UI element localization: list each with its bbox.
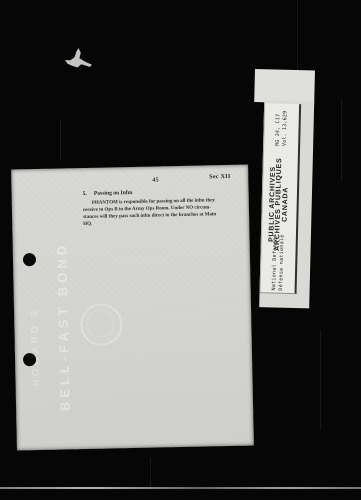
film-dust-speck (64, 48, 92, 75)
reference-number-block: RG 24, C17 Vol. 13,629 (275, 110, 289, 146)
label-holder-tab (254, 69, 315, 103)
film-scratch (297, 0, 298, 70)
paper-watermark-emblem-inner (86, 309, 115, 338)
archive-label-content: National Defence/ Défense nationale PUBL… (260, 103, 301, 294)
section-label: Sec XII (209, 174, 230, 180)
archives-title-block: PUBLIC ARCHIVES ARCHIVES PUBLIQUES CANAD… (269, 157, 290, 251)
page-number: 45 (152, 177, 159, 183)
film-scratch (341, 100, 342, 180)
document-page: BELL-FAST BOND HOWARD S 45 Sec XII 5.Pas… (11, 165, 254, 451)
paper-watermark-text: BELL-FAST BOND (54, 242, 73, 412)
body-paragraph: PHANTOM is responsible for passing on al… (83, 197, 240, 228)
film-scratch (150, 458, 151, 486)
film-scratch (60, 120, 61, 160)
heading-number: 5. (83, 191, 87, 197)
volume-reference: Vol. 13,629 (281, 110, 288, 145)
paper-watermark-emblem (80, 303, 123, 346)
film-scratch (320, 330, 321, 430)
archive-label-card: National Defence/ Défense nationale PUBL… (260, 103, 302, 294)
film-frame-edge (0, 487, 361, 489)
paper-watermark-maker-text: HOWARD S (29, 307, 42, 386)
heading-text: Passing on Infm (94, 190, 133, 197)
paragraph-heading: 5.Passing on Infm (83, 190, 133, 197)
archive-label-assembly: National Defence/ Défense nationale PUBL… (249, 69, 317, 312)
punch-hole-top (23, 253, 36, 266)
